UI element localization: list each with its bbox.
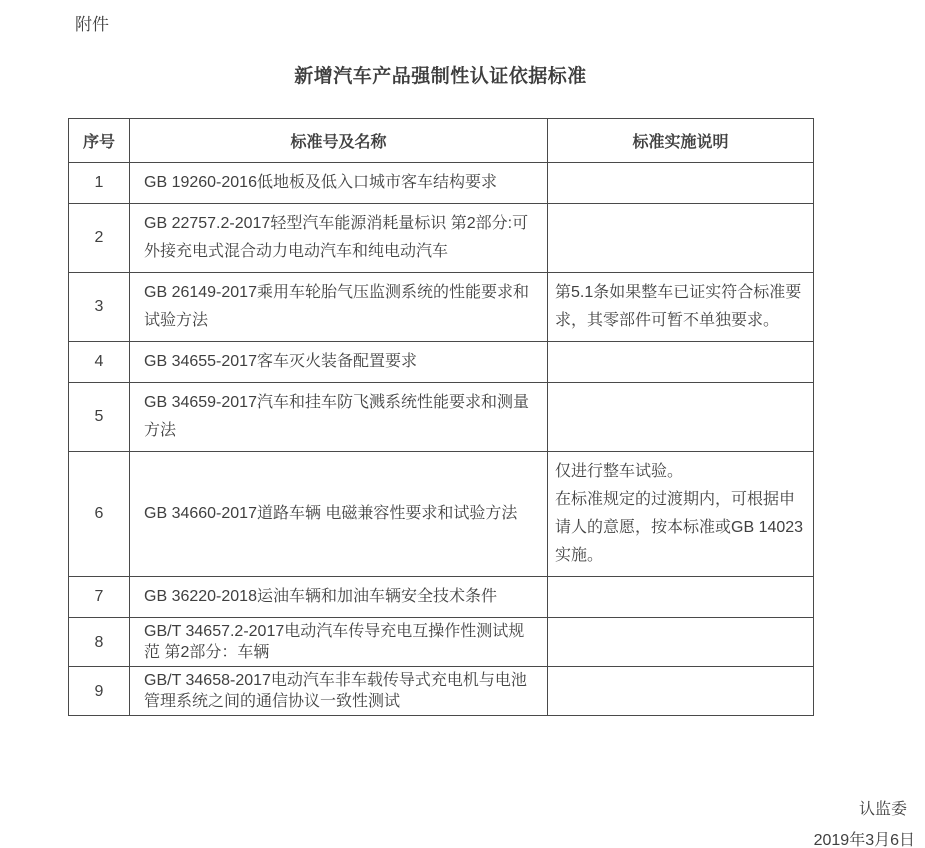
cell-index: 2 — [69, 204, 130, 273]
cell-note — [548, 163, 814, 204]
cell-name: GB 36220-2018运油车辆和加油车辆安全技术条件 — [130, 577, 548, 618]
cell-note — [548, 618, 814, 667]
column-header-note: 标准实施说明 — [548, 119, 814, 163]
cell-name: GB 26149-2017乘用车轮胎气压监测系统的性能要求和试验方法 — [130, 273, 548, 342]
cell-name: GB 22757.2-2017轻型汽车能源消耗量标识 第2部分:可外接充电式混合… — [130, 204, 548, 273]
column-header-name: 标准号及名称 — [130, 119, 548, 163]
document-page: 附件 新增汽车产品强制性认证依据标准 序号 标准号及名称 标准实施说明 1GB … — [0, 0, 925, 848]
standards-table-body: 1GB 19260-2016低地板及低入口城市客车结构要求2GB 22757.2… — [69, 163, 814, 716]
table-row: 9GB/T 34658-2017电动汽车非车载传导式充电机与电池管理系统之间的通… — [69, 667, 814, 716]
cell-index: 6 — [69, 452, 130, 577]
cell-index: 4 — [69, 342, 130, 383]
cell-index: 1 — [69, 163, 130, 204]
cell-name: GB/T 34658-2017电动汽车非车载传导式充电机与电池管理系统之间的通信… — [130, 667, 548, 716]
cell-note: 仅进行整车试验。 在标准规定的过渡期内，可根据申请人的意愿，按本标准或GB 14… — [548, 452, 814, 577]
table-header: 序号 标准号及名称 标准实施说明 — [69, 119, 814, 163]
cell-name: GB 34659-2017汽车和挂车防飞溅系统性能要求和测量方法 — [130, 383, 548, 452]
cell-index: 3 — [69, 273, 130, 342]
table-header-row: 序号 标准号及名称 标准实施说明 — [69, 119, 814, 163]
table-row: 6GB 34660-2017道路车辆 电磁兼容性要求和试验方法仅进行整车试验。 … — [69, 452, 814, 577]
document-date: 2019年3月6日 — [814, 827, 915, 848]
cell-name: GB 19260-2016低地板及低入口城市客车结构要求 — [130, 163, 548, 204]
cell-index: 8 — [69, 618, 130, 667]
cell-index: 9 — [69, 667, 130, 716]
cell-name: GB 34655-2017客车灭火装备配置要求 — [130, 342, 548, 383]
standards-table: 序号 标准号及名称 标准实施说明 1GB 19260-2016低地板及低入口城市… — [68, 118, 814, 716]
table-row: 2GB 22757.2-2017轻型汽车能源消耗量标识 第2部分:可外接充电式混… — [69, 204, 814, 273]
signature-authority: 认监委 — [859, 796, 907, 819]
table-row: 1GB 19260-2016低地板及低入口城市客车结构要求 — [69, 163, 814, 204]
table-row: 8GB/T 34657.2-2017电动汽车传导充电互操作性测试规范 第2部分：… — [69, 618, 814, 667]
cell-note: 第5.1条如果整车已证实符合标准要求，其零部件可暂不单独要求。 — [548, 273, 814, 342]
cell-note — [548, 383, 814, 452]
page-title: 新增汽车产品强制性认证依据标准 — [68, 61, 813, 88]
cell-name: GB/T 34657.2-2017电动汽车传导充电互操作性测试规范 第2部分：车… — [130, 618, 548, 667]
cell-note — [548, 204, 814, 273]
table-row: 3GB 26149-2017乘用车轮胎气压监测系统的性能要求和试验方法第5.1条… — [69, 273, 814, 342]
column-header-index: 序号 — [69, 119, 130, 163]
cell-note — [548, 577, 814, 618]
table-row: 7GB 36220-2018运油车辆和加油车辆安全技术条件 — [69, 577, 814, 618]
table-row: 5GB 34659-2017汽车和挂车防飞溅系统性能要求和测量方法 — [69, 383, 814, 452]
cell-note — [548, 667, 814, 716]
attachment-label: 附件 — [75, 10, 109, 35]
cell-index: 5 — [69, 383, 130, 452]
cell-index: 7 — [69, 577, 130, 618]
table-row: 4GB 34655-2017客车灭火装备配置要求 — [69, 342, 814, 383]
cell-name: GB 34660-2017道路车辆 电磁兼容性要求和试验方法 — [130, 452, 548, 577]
cell-note — [548, 342, 814, 383]
